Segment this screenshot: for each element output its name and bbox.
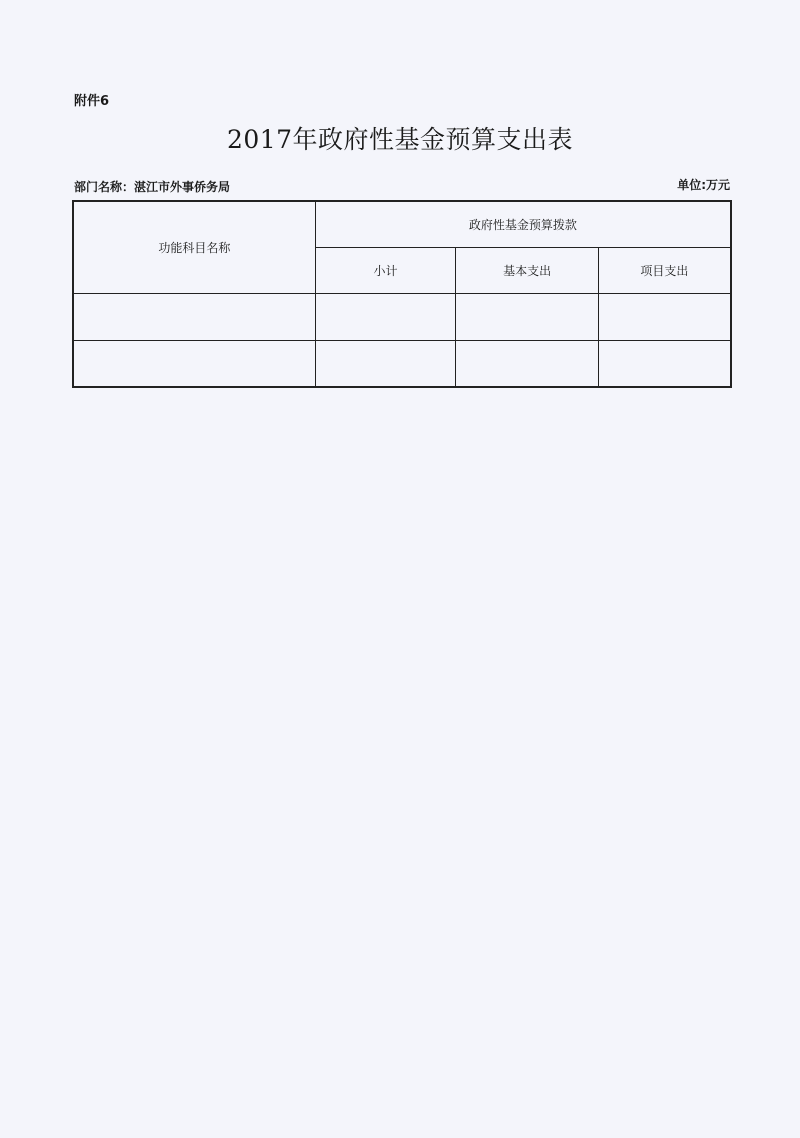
header-fund-allocation: 政府性基金预算拨款 [315, 201, 731, 247]
table-row [73, 293, 731, 340]
department-name: 部门名称：湛江市外事侨务局 [74, 178, 230, 195]
table-cell [456, 293, 599, 340]
page-title: 2017年政府性基金预算支出表 [0, 120, 800, 156]
attachment-label: 附件6 [74, 90, 109, 109]
table-cell [315, 293, 456, 340]
header-subtotal: 小计 [315, 247, 456, 293]
table-cell [456, 340, 599, 387]
header-basic-expenditure: 基本支出 [456, 247, 599, 293]
budget-table: 功能科目名称 政府性基金预算拨款 小计 基本支出 项目支出 [72, 200, 732, 388]
table-cell [598, 340, 731, 387]
table-cell [315, 340, 456, 387]
header-function-name: 功能科目名称 [73, 201, 315, 293]
table-row [73, 340, 731, 387]
table-cell [598, 293, 731, 340]
header-project-expenditure: 项目支出 [598, 247, 731, 293]
table-cell [73, 293, 315, 340]
header-row: 功能科目名称 政府性基金预算拨款 [73, 201, 731, 247]
table-cell [73, 340, 315, 387]
unit-label: 单位:万元 [677, 176, 730, 193]
